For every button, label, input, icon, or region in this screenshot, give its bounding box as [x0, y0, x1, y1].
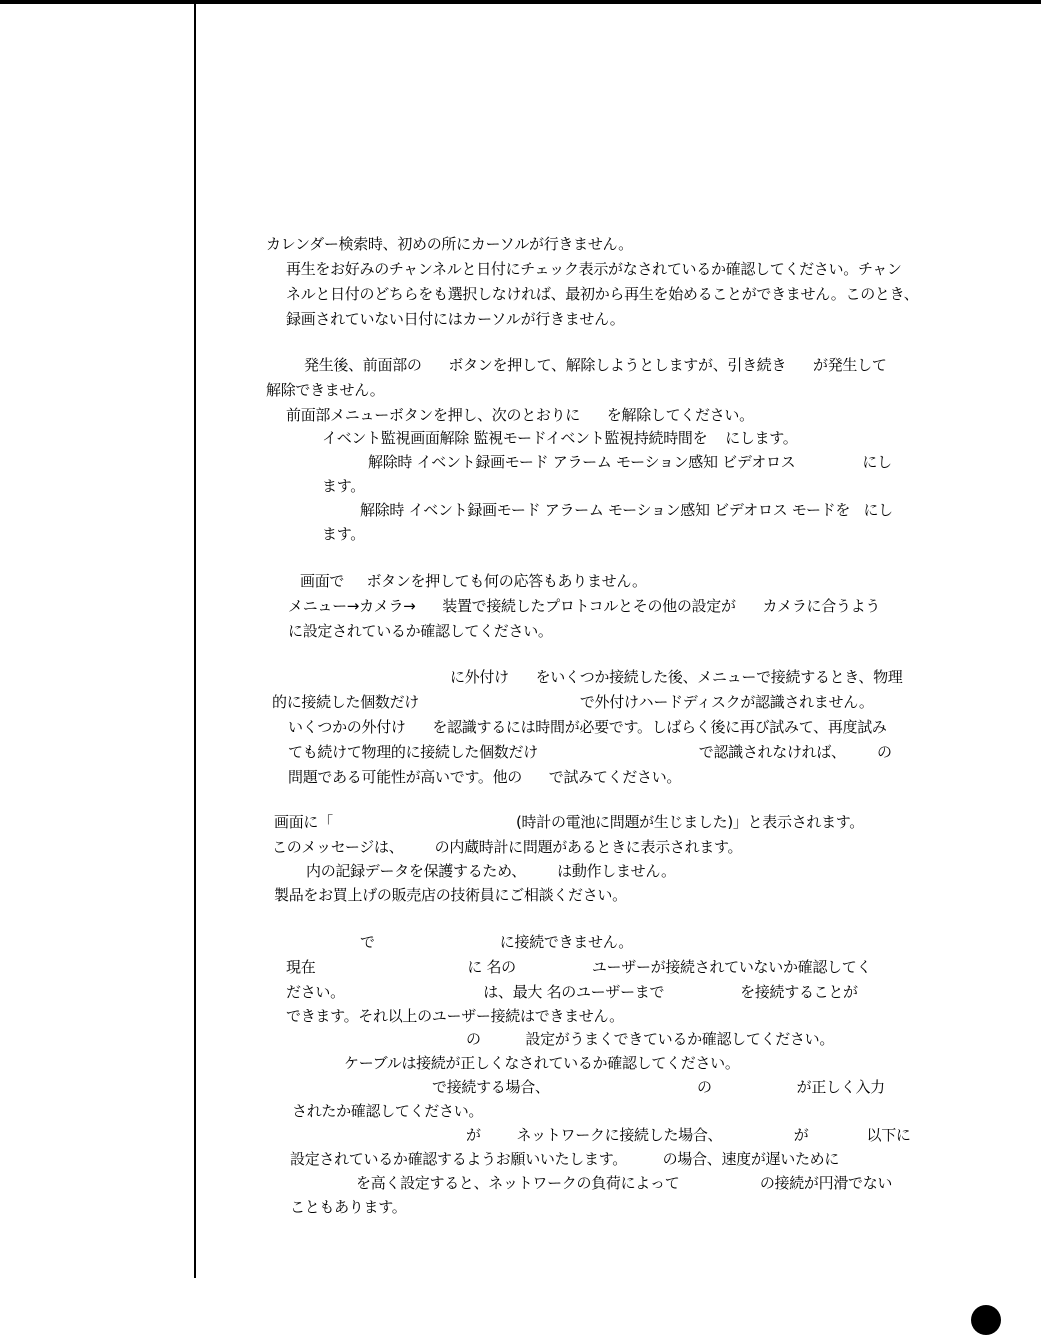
text-line: の 設定がうまくできているか確認してください。: [466, 1029, 834, 1049]
text-line: を高く設定すると、ネットワークの負荷によって の接続が円滑でない: [356, 1173, 892, 1193]
text-line: 再生をお好みのチャンネルと日付にチェック表示がなされているか確認してください。チ…: [286, 259, 902, 279]
text-line: 製品をお買上げの販売店の技術員にご相談ください。: [274, 885, 627, 905]
text-line: で接続する場合、 の が正しく入力: [432, 1077, 885, 1097]
text-line: いくつかの外付け を認識するには時間が必要です。しばらく後に再び試みて、再度試み: [288, 717, 887, 737]
text-line: メニュー→カメラ→ 装置で接続したプロトコルとその他の設定が カメラに合うよう: [288, 596, 880, 616]
text-line: 録画されていない日付にはカーソルが行きません。: [286, 309, 624, 329]
text-line: ても続けて物理的に接続した個数だけ で認識されなければ、 の: [288, 742, 892, 762]
text-line: で に接続できません。: [360, 932, 633, 952]
text-line: ケーブルは接続が正しくなされているか確認してください。: [344, 1053, 740, 1073]
top-border-rule: [0, 0, 1041, 4]
text-line: ネルと日付のどちらをも選択しなければ、最初から再生を始めることができません。この…: [286, 284, 918, 304]
text-line: が ネットワークに接続した場合、 が 以下に: [466, 1125, 911, 1145]
text-line: イベント監視画面解除 監視モードイベント監視持続時間を にします。: [322, 428, 798, 448]
text-line: 的に接続した個数だけ で外付けハードディスクが認識されません。: [272, 692, 874, 712]
text-line: 現在 に 名の ユーザーが接続されていないか確認してく: [286, 957, 871, 977]
text-line: 前面部メニューボタンを押し、次のとおりに を解除してください。: [286, 405, 754, 425]
text-line: 問題である可能性が高いです。他の で試みてください。: [288, 767, 681, 787]
text-line: ださい。 は、最大 名のユーザーまで を接続することが: [286, 982, 858, 1002]
left-margin-rule: [194, 4, 196, 1278]
text-line: 解除時 イベント録画モード アラーム モーション感知 ビデオロス モードを にし: [360, 500, 893, 520]
text-line: カレンダー検索時、初めの所にカーソルが行きません。: [266, 234, 633, 254]
text-line: できます。それ以上のユーザー接続はできません。: [286, 1006, 624, 1026]
text-line: に外付け をいくつか接続した後、メニューで接続するとき、物理: [450, 667, 903, 687]
text-line: 画面に「 (時計の電池に問題が生じました)」と表示されます。: [274, 812, 864, 832]
text-line: 発生後、前面部の ボタンを押して、解除しようとしますが、引き続き が発生して: [304, 355, 887, 375]
text-line: このメッセージは、 の内蔵時計に問題があるときに表示されます。: [272, 837, 742, 857]
text-line: 解除時 イベント録画モード アラーム モーション感知 ビデオロス にし: [368, 452, 892, 472]
text-line: ます。: [322, 524, 365, 544]
text-line: 画面で ボタンを押しても何の応答もありません。: [300, 571, 647, 591]
text-line: ます。: [322, 476, 365, 496]
text-line: 設定されているか確認するようお願いいたします。 の場合、速度が遅いために: [290, 1149, 839, 1169]
text-line: に設定されているか確認してください。: [288, 621, 553, 641]
text-line: こともあります。: [290, 1197, 406, 1217]
page-marker-dot: [971, 1305, 1001, 1335]
text-line: 解除できません。: [266, 380, 385, 400]
text-line: 内の記録データを保護するため、 は動作しません。: [306, 861, 676, 881]
text-line: されたか確認してください。: [292, 1101, 483, 1121]
